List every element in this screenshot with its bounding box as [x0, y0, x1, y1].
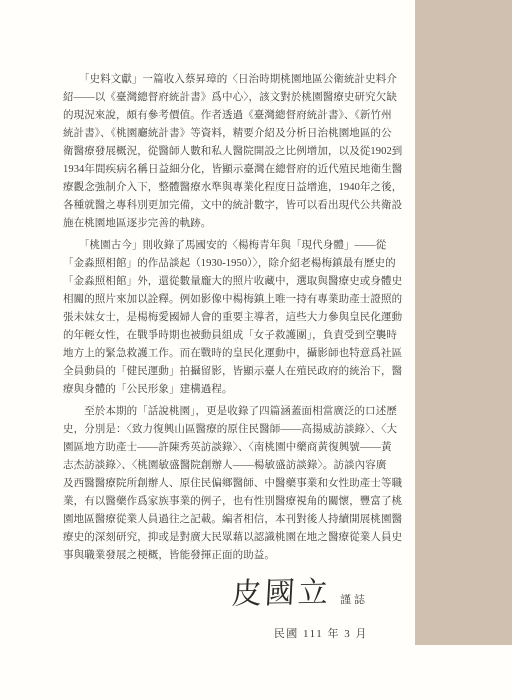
- text-line: 園地區醫療從業人員過往之記載。編者相信，本刊對後人持續開展桃園醫: [63, 511, 405, 529]
- text-line: 的年輕女性，在戰爭時期也被動員組成「女子救護團」，負責受到空襲時: [63, 327, 405, 345]
- book-page: 「史料文獻」一篇收入蔡昇璋的〈日治時期桃園地區公衛統計史料介紹——以《臺灣總督府…: [0, 0, 512, 700]
- text-line: 業，有以醫藥作爲家族事業的例子，也有性別醫療視角的關懷，豐富了桃: [63, 493, 405, 511]
- signature-date: 民國 111 年 3 月: [232, 625, 368, 641]
- text-line: 事與職業發展之梗概，皆能發揮正面的助益。: [63, 547, 405, 565]
- text-line: 「桃園古今」則收錄了馬國安的〈楊梅青年與「現代身體」——從: [63, 237, 405, 255]
- text-line: 各種就醫之專科別更加完備，文中的統計數字，皆可以看出現代公共衛設: [63, 197, 405, 215]
- text-line: 紹——以《臺灣總督府統計書》爲中心〉，該文對於桃園醫療史研究欠缺: [63, 89, 405, 107]
- text-line: 至於本期的「話說桃園」，更是收錄了四篇涵蓋面相當廣泛的口述歷: [63, 403, 405, 421]
- preface-text-block: 「史料文獻」一篇收入蔡昇璋的〈日治時期桃園地區公衛統計史料介紹——以《臺灣總督府…: [63, 71, 405, 565]
- paragraph-3: 至於本期的「話說桃園」，更是收錄了四篇涵蓋面相當廣泛的口述歷史，分別是：〈致力復…: [63, 403, 405, 565]
- text-line: 全員動員的「健民運動」拍攝留影，皆顯示臺人在殖民政府的統治下，醫: [63, 363, 405, 381]
- text-line: 施在桃園地區逐步完善的軌跡。: [63, 215, 405, 233]
- text-line: 史，分別是：〈致力復興山區醫療的原住民醫師——高揚威訪談錄〉、〈大: [63, 421, 405, 439]
- author-signature: 皮國立: [231, 567, 332, 613]
- text-line: 統計書》、《桃園廳統計書》等資料，精要介紹及分析日治桃園地區的公: [63, 125, 405, 143]
- text-line: 志杰訪談錄〉、〈桃園敏盛醫院創辦人——楊敏盛訪談錄〉。訪談內容廣: [63, 457, 405, 475]
- text-line: 「金淼照相館」的作品談起（1930-1950）〉，除介紹老楊梅鎮最有歷史的: [63, 255, 405, 273]
- text-line: 園區地方助產士——許陳秀英訪談錄〉、〈南桃園中藥商黃復興號——黃: [63, 439, 405, 457]
- text-line: 的現況來說，頗有參考價值。作者透過《臺灣總督府統計書》、《新竹州: [63, 107, 405, 125]
- text-line: 張未妹女士，是楊梅愛國婦人會的重要主導者，這些大力參與皇民化運動: [63, 309, 405, 327]
- text-line: 療觀念強制介入下，整體醫療水準與專業化程度日益增進，1940年之後，: [63, 179, 405, 197]
- text-line: 療與身體的「公民形象」建構過程。: [63, 381, 405, 399]
- text-line: 「史料文獻」一篇收入蔡昇璋的〈日治時期桃園地區公衛統計史料介: [63, 71, 405, 89]
- text-line: 療史的深刻研究，抑或是對廣大民眾藉以認識桃園在地之醫療從業人員史: [63, 529, 405, 547]
- text-line: 「金淼照相館」外，還從數量龐大的照片收藏中，選取與醫療史或身體史: [63, 273, 405, 291]
- text-line: 衛醫療發展概況，從醫師人數和私人醫院開設之比例增加，以及從1902到: [63, 143, 405, 161]
- paragraph-1: 「史料文獻」一篇收入蔡昇璋的〈日治時期桃園地區公衛統計史料介紹——以《臺灣總督府…: [63, 71, 405, 233]
- signature-suffix: 謹誌: [340, 591, 368, 607]
- right-accent-bar: [415, 0, 512, 645]
- text-line: 1934年間疾病名稱日益細分化，皆顯示臺灣在總督府的近代殖民地衛生醫: [63, 161, 405, 179]
- text-line: 及西醫醫療院所創辦人、原住民偏鄉醫師、中醫藥事業和女性助產士等職: [63, 475, 405, 493]
- signature-block: 皮國立 謹誌 民國 111 年 3 月: [232, 568, 368, 641]
- text-line: 相關的照片來加以詮釋。例如影像中楊梅鎮上唯一持有專業助產士證照的: [63, 291, 405, 309]
- paragraph-2: 「桃園古今」則收錄了馬國安的〈楊梅青年與「現代身體」——從「金淼照相館」的作品談…: [63, 237, 405, 399]
- text-line: 地方上的緊急救護工作。而在戰時的皇民化運動中，攝影師也特意爲社區: [63, 345, 405, 363]
- signature-row: 皮國立 謹誌: [232, 568, 368, 612]
